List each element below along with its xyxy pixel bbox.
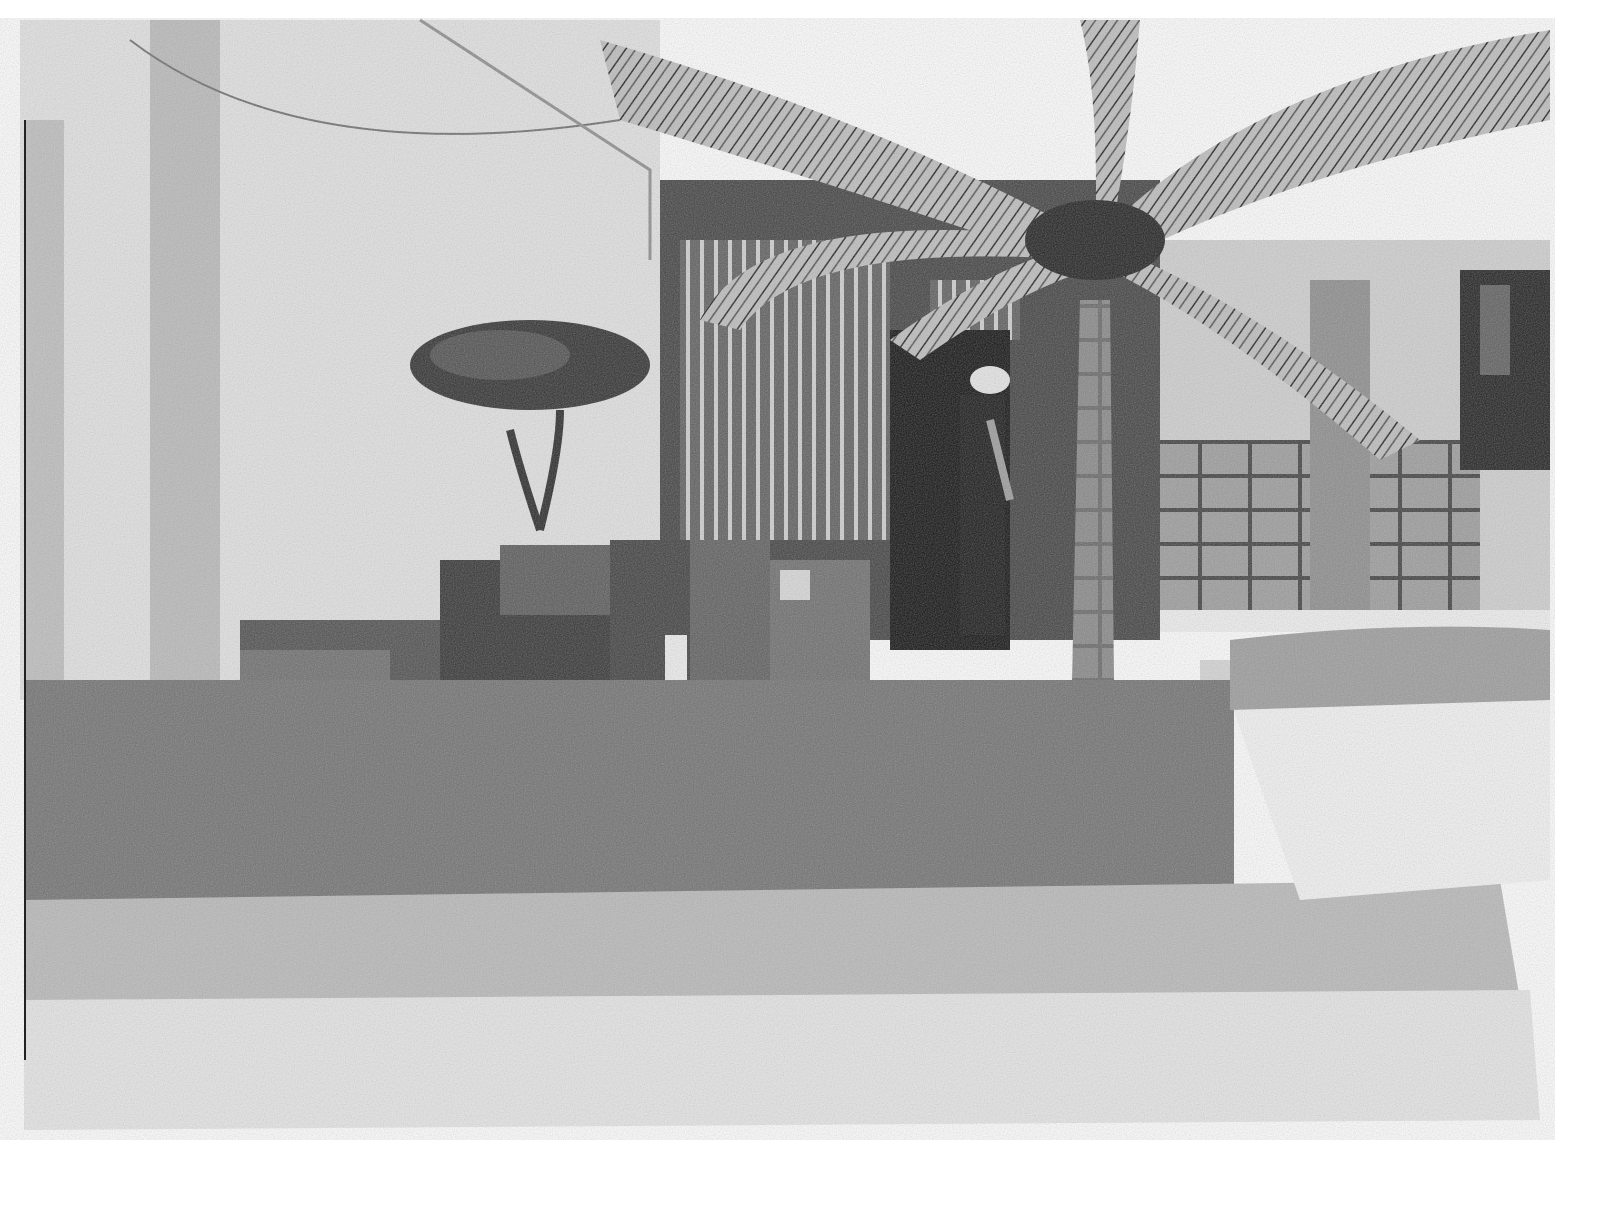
courtyard-scene — [0, 0, 1600, 1228]
scan-edge — [24, 120, 26, 1060]
